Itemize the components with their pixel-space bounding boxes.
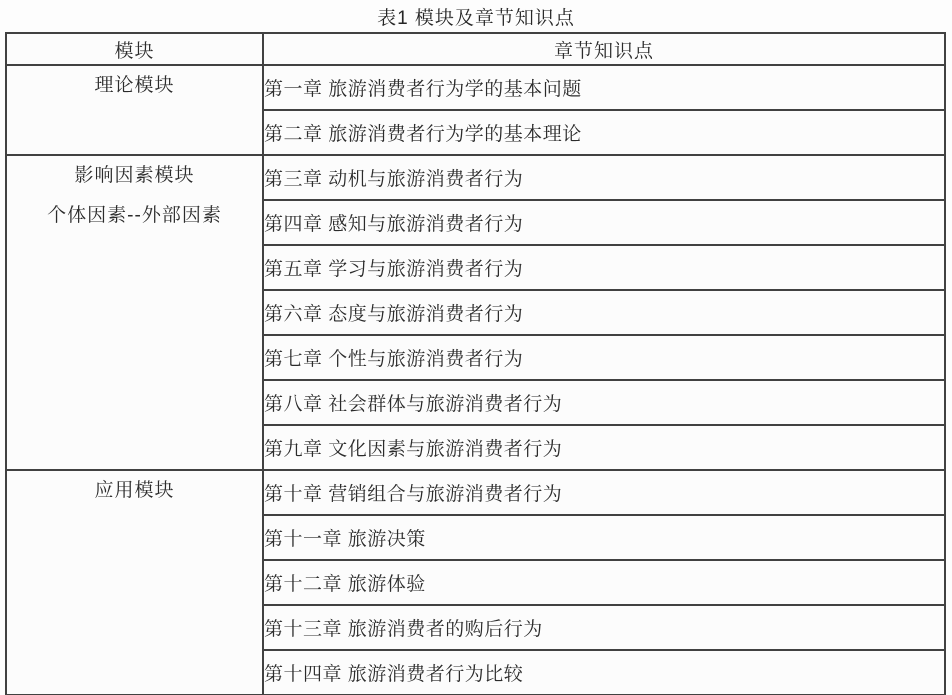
table-row: 影响因素模块 个体因素--外部因素 第三章 动机与旅游消费者行为 [6,155,945,200]
module-name: 应用模块 [7,471,262,511]
chapter-cell: 第四章 感知与旅游消费者行为 [263,200,945,245]
document-page: 表1 模块及章节知识点 模块 章节知识点 理论模块 第一章 旅游消费者行为学的基… [0,0,952,695]
table-row: 应用模块 第十章 营销组合与旅游消费者行为 [6,470,945,515]
table-row: 理论模块 第一章 旅游消费者行为学的基本问题 [6,65,945,110]
chapter-cell: 第十章 营销组合与旅游消费者行为 [263,470,945,515]
chapter-cell: 第十一章 旅游决策 [263,515,945,560]
chapter-cell: 第九章 文化因素与旅游消费者行为 [263,425,945,470]
chapter-cell: 第七章 个性与旅游消费者行为 [263,335,945,380]
table-title: 表1 模块及章节知识点 [0,3,952,30]
chapter-cell: 第十二章 旅游体验 [263,560,945,605]
module-name: 理论模块 [7,66,262,106]
knowledge-points-table: 模块 章节知识点 理论模块 第一章 旅游消费者行为学的基本问题 第二章 旅游消费… [5,32,946,695]
chapter-cell: 第三章 动机与旅游消费者行为 [263,155,945,200]
chapter-cell: 第十四章 旅游消费者行为比较 [263,650,945,695]
table-header-row: 模块 章节知识点 [6,33,945,65]
chapter-cell: 第五章 学习与旅游消费者行为 [263,245,945,290]
chapter-cell: 第八章 社会群体与旅游消费者行为 [263,380,945,425]
module-cell-factors: 影响因素模块 个体因素--外部因素 [6,155,263,470]
chapter-cell: 第十三章 旅游消费者的购后行为 [263,605,945,650]
chapter-cell: 第二章 旅游消费者行为学的基本理论 [263,110,945,155]
module-cell-theory: 理论模块 [6,65,263,155]
chapter-cell: 第一章 旅游消费者行为学的基本问题 [263,65,945,110]
col-header-module: 模块 [6,33,263,65]
col-header-chapters: 章节知识点 [263,33,945,65]
chapter-cell: 第六章 态度与旅游消费者行为 [263,290,945,335]
module-name: 影响因素模块 [7,156,262,196]
module-cell-application: 应用模块 [6,470,263,695]
module-subtitle: 个体因素--外部因素 [7,196,262,236]
